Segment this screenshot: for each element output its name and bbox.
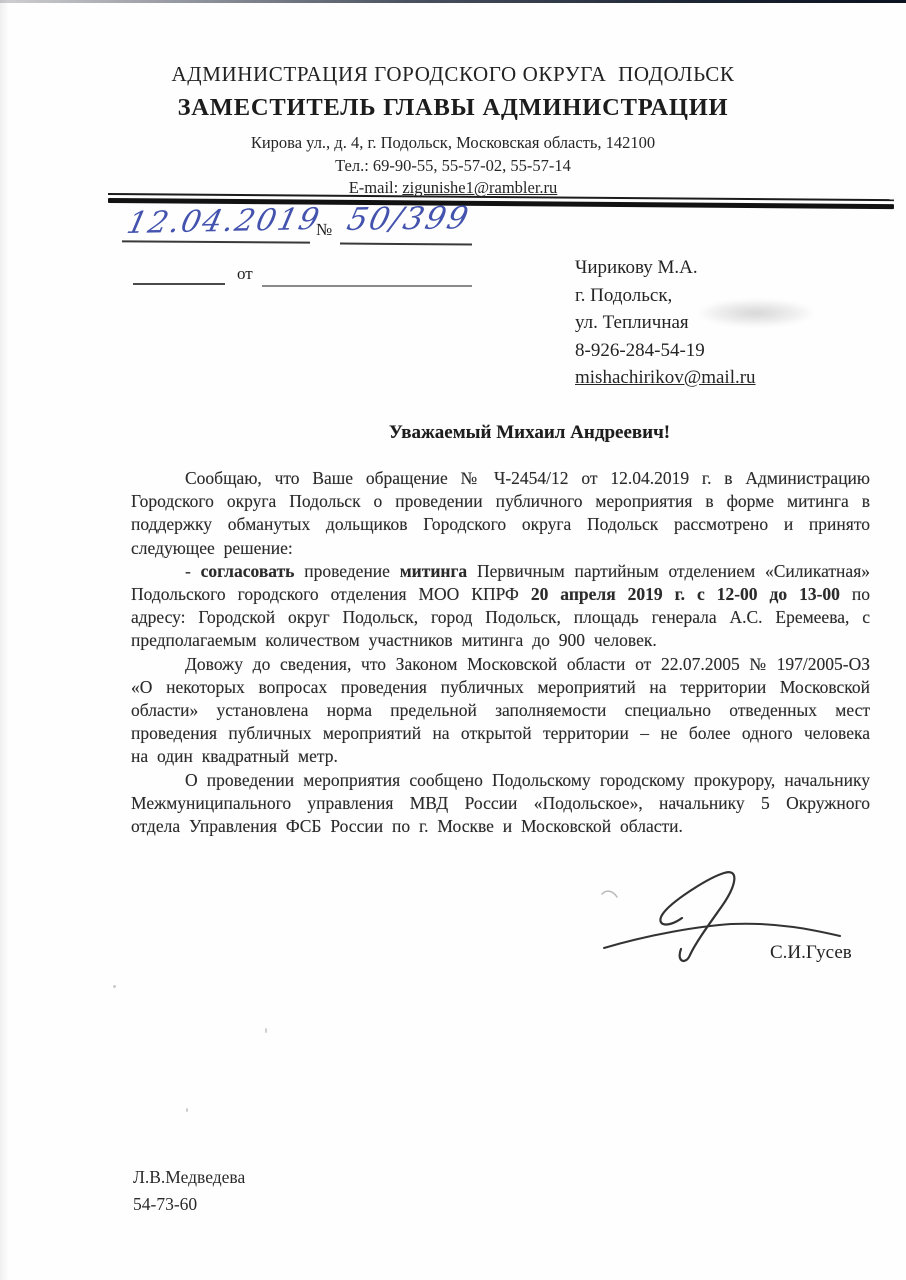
body-paragraph-4: О проведении мероприятия сообщено Подоль…	[131, 769, 870, 839]
from-blank-line-left	[133, 283, 225, 285]
scan-speck	[113, 985, 116, 988]
redaction-smudge	[700, 300, 812, 326]
body-paragraph-2: - согласовать проведение митинга Первичн…	[131, 560, 870, 653]
p2-bold-datetime: 20 апреля 2019 г. с 12-00 до 13-00	[531, 584, 840, 604]
signer-name: С.И.Гусев	[770, 942, 852, 964]
executor-block: Л.В.Медведева 54-73-60	[133, 1164, 245, 1218]
scan-speck	[186, 1108, 188, 1112]
p2-bold-meeting: митинга	[400, 561, 467, 581]
body-paragraph-3: Довожу до сведения, что Законом Московск…	[131, 653, 870, 769]
body-paragraph-1: Сообщаю, что Ваше обращение № Ч-2454/12 …	[131, 467, 870, 560]
org-name: АДМИНИСТРАЦИЯ ГОРОДСКОГО ОКРУГА ПОДОЛЬСК	[0, 62, 906, 87]
from-label: от	[237, 264, 253, 284]
scan-edge-artifact	[0, 0, 906, 3]
executor-name: Л.В.Медведева	[133, 1164, 245, 1191]
p2-dash: -	[185, 561, 201, 581]
letter-body: Уважаемый Михаил Андреевич! Сообщаю, что…	[131, 420, 870, 838]
executor-phone: 54-73-60	[133, 1191, 245, 1218]
org-address: Кирова ул., д. 4, г. Подольск, Московска…	[0, 133, 906, 153]
p2-text-1: проведение	[294, 561, 399, 581]
org-email-link[interactable]: zigunishe1@rambler.ru	[402, 178, 557, 197]
letter-page: АДМИНИСТРАЦИЯ ГОРОДСКОГО ОКРУГА ПОДОЛЬСК…	[0, 0, 906, 1280]
outgoing-date-handwritten: 12.04.2019	[124, 202, 325, 241]
salutation: Уважаемый Михаил Андреевич!	[131, 420, 870, 446]
recipient-name: Чирикову М.А.	[575, 254, 756, 282]
outgoing-number-handwritten: 50/399	[344, 200, 474, 238]
number-sign: №	[316, 220, 332, 240]
org-phone: Тел.: 69-90-55, 55-57-02, 55-57-14	[0, 156, 906, 176]
date-underline	[122, 240, 310, 243]
dept-title: ЗАМЕСТИТЕЛЬ ГЛАВЫ АДМИНИСТРАЦИИ	[0, 94, 906, 122]
p2-bold-agree: согласовать	[201, 561, 295, 581]
recipient-email-link[interactable]: mishachirikov@mail.ru	[575, 367, 756, 388]
recipient-phone: 8-926-284-54-19	[575, 337, 756, 365]
from-blank-line-right	[262, 285, 472, 287]
scan-speck	[265, 1028, 267, 1033]
number-underline	[340, 243, 472, 246]
